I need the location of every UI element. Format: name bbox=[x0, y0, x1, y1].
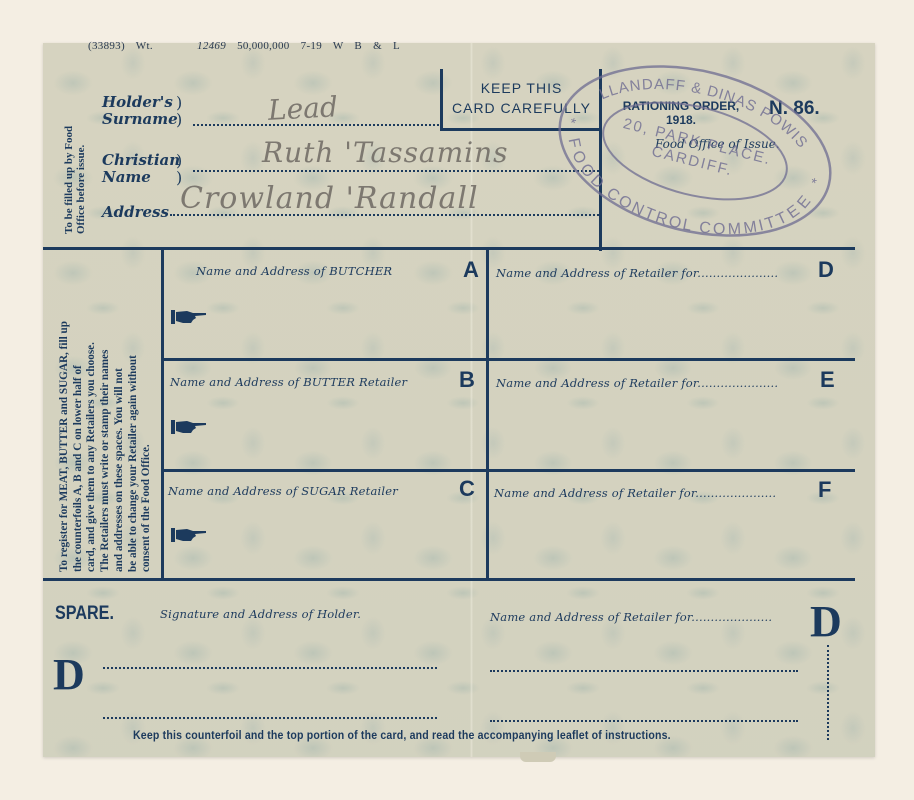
spare-cut-line bbox=[827, 645, 829, 740]
side-note-line-2: Office before issue. bbox=[75, 126, 87, 234]
signature-field-line-2[interactable] bbox=[103, 717, 437, 719]
cell-c-letter: C bbox=[459, 476, 475, 502]
butcher-entry-area[interactable] bbox=[196, 284, 484, 356]
instructions-line: To register for MEAT, BUTTER and SUGAR, … bbox=[58, 321, 72, 572]
star-icon: * bbox=[809, 174, 819, 191]
cell-a-letter: A bbox=[463, 257, 479, 283]
side-note-line-1: To be filled up by Food bbox=[63, 126, 75, 234]
spare-title: SPARE. bbox=[55, 603, 114, 625]
print-number: 12469 bbox=[197, 40, 226, 52]
signature-label: Signature and Address of Holder. bbox=[160, 607, 361, 621]
instructions-line: and addresses on these spaces. You will … bbox=[113, 321, 127, 572]
holders-surname-label: Holder's Surname bbox=[102, 94, 178, 128]
retailer-d-entry-area[interactable] bbox=[494, 286, 852, 356]
print-quantity: 50,000,000 bbox=[237, 40, 290, 52]
cell-d-label: Name and Address of Retailer for........… bbox=[496, 266, 778, 280]
address-label: Address bbox=[102, 203, 169, 221]
registration-instructions: To register for MEAT, BUTTER and SUGAR, … bbox=[58, 321, 154, 572]
print-wt: Wt. bbox=[136, 40, 153, 52]
retailer-f-entry-area[interactable] bbox=[494, 506, 852, 576]
spare-retailer-field-line-2[interactable] bbox=[490, 720, 798, 722]
cell-e-label: Name and Address of Retailer for........… bbox=[496, 376, 778, 390]
sugar-retailer-entry-area[interactable] bbox=[196, 505, 484, 575]
print-line: (33893) Wt. 12469 50,000,000 7-19 W B & … bbox=[88, 40, 400, 52]
cell-b-letter: B bbox=[459, 367, 475, 393]
header-bottom-rule bbox=[43, 247, 855, 250]
cell-c-label: Name and Address of SUGAR Retailer bbox=[168, 484, 398, 498]
handwritten-surname: Lead bbox=[267, 90, 338, 127]
handwritten-christian-name: Ruth 'Tassamins bbox=[262, 136, 509, 169]
signature-field-line-1[interactable] bbox=[103, 667, 437, 669]
spare-retailer-label: Name and Address of Retailer for........… bbox=[490, 610, 772, 624]
footer-instruction: Keep this counterfoil and the top portio… bbox=[133, 728, 671, 742]
instructions-divider bbox=[161, 248, 164, 581]
grid-middle-divider bbox=[486, 248, 489, 581]
grid-row-rule-2 bbox=[161, 469, 855, 472]
card-torn-tab bbox=[520, 752, 556, 762]
cell-b-label: Name and Address of BUTTER Retailer bbox=[170, 375, 407, 389]
christian-label-line-1: Christian bbox=[102, 152, 180, 169]
christian-name-field[interactable] bbox=[193, 170, 599, 172]
spare-left-letter: D bbox=[53, 649, 85, 700]
cell-f-letter: F bbox=[818, 477, 831, 503]
holders-label-line-2: Surname bbox=[102, 111, 178, 128]
cell-d-letter: D bbox=[818, 257, 834, 283]
handwritten-address: Crowland 'Randall bbox=[180, 181, 479, 216]
retailer-e-entry-area[interactable] bbox=[494, 396, 852, 466]
christian-label-line-2: Name bbox=[102, 169, 180, 186]
spare-right-letter: D bbox=[810, 596, 842, 647]
instructions-line: consent of the Food Office. bbox=[140, 321, 154, 572]
butter-retailer-entry-area[interactable] bbox=[196, 395, 484, 467]
instructions-line: the counterfoils A, B and C on lower hal… bbox=[72, 321, 86, 572]
grid-row-rule-1 bbox=[161, 358, 855, 361]
star-icon: * bbox=[568, 114, 578, 131]
cell-e-letter: E bbox=[820, 367, 835, 393]
instructions-line: The Retailers must write or stamp their … bbox=[99, 321, 113, 572]
print-printer: W B & L bbox=[333, 40, 400, 52]
header-side-note: To be filled up by Food Office before is… bbox=[63, 126, 87, 234]
print-date: 7-19 bbox=[301, 40, 322, 52]
print-ref: (33893) bbox=[88, 40, 125, 52]
holders-label-line-1: Holder's bbox=[102, 94, 178, 111]
cell-a-label: Name and Address of BUTCHER bbox=[196, 264, 392, 278]
cell-f-label: Name and Address of Retailer for........… bbox=[494, 486, 776, 500]
instructions-line: be able to change your Retailer again wi… bbox=[127, 321, 141, 572]
christian-name-label: Christian Name bbox=[102, 152, 180, 186]
spare-retailer-field-line-1[interactable] bbox=[490, 670, 798, 672]
brace-icon: )) bbox=[176, 94, 182, 128]
instructions-line: card, and give them to any Retailers you… bbox=[85, 321, 99, 572]
grid-bottom-rule bbox=[43, 578, 855, 581]
